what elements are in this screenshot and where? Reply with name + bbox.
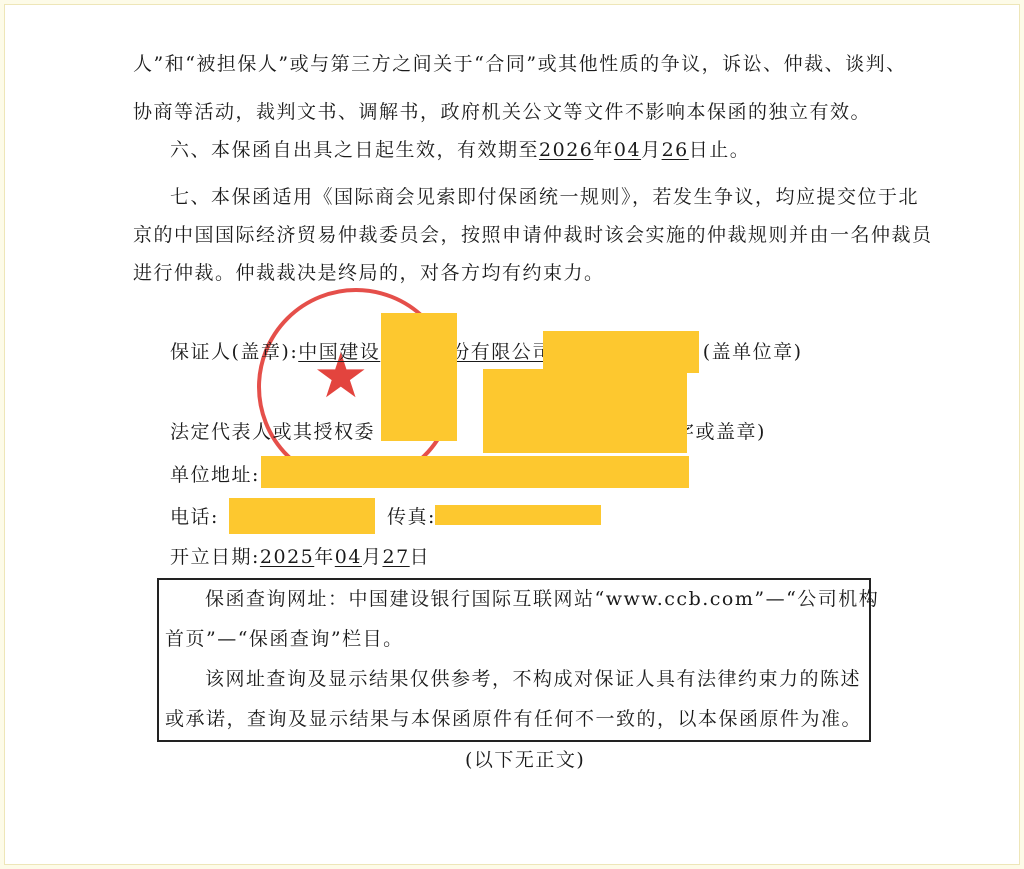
issue-day: 27 (382, 546, 409, 568)
year-unit: 年 (593, 139, 614, 161)
redaction-block (261, 456, 689, 488)
expiry-year: 2026 (539, 139, 593, 161)
month-unit: 月 (362, 546, 383, 568)
issue-date-line: 开立日期:2025年04月27日 (170, 545, 430, 569)
guarantor-name-a: 中国建设 (298, 341, 380, 363)
expiry-day: 26 (662, 139, 689, 161)
year-unit: 年 (314, 546, 335, 568)
redaction-block (543, 331, 699, 373)
issue-year: 2025 (260, 546, 314, 568)
end-of-text: (以下无正文) (465, 748, 585, 772)
para5-line1: 人”和“被担保人”或与第三方之间关于“合同”或其他性质的争议，诉讼、仲裁、谈判、 (133, 52, 907, 76)
para7-line2: 京的中国国际经济贸易仲裁委员会，按照申请仲裁时该会实施的仲裁规则并由一名仲裁员 (133, 223, 933, 247)
para6-suffix: 日止。 (689, 139, 751, 161)
guarantor-name-b: 份有限公司 (450, 341, 553, 363)
document-page: 人”和“被担保人”或与第三方之间关于“合同”或其他性质的争议，诉讼、仲裁、谈判、… (4, 4, 1020, 865)
guarantor-label: 保证人(盖章): (170, 341, 298, 363)
notice-line3: 该网址查询及显示结果仅供参考，不构成对保证人具有法律约束力的陈述 (205, 667, 861, 691)
address-label: 单位地址: (170, 463, 260, 487)
expiry-month: 04 (614, 139, 641, 161)
phone-label: 电话: (170, 505, 219, 529)
redaction-block (435, 505, 601, 525)
redaction-block (381, 313, 457, 441)
notice-line1: 保函查询网址：中国建设银行国际互联网站“www.ccb.com”—“公司机构 (205, 587, 879, 611)
redaction-block (483, 369, 687, 453)
notice-line4: 或承诺，查询及显示结果与本保函原件有任何不一致的，以本保函原件为准。 (165, 707, 862, 731)
guarantor-line: 保证人(盖章):中国建设份有限公司(盖单位章) (170, 340, 803, 364)
issue-date-label: 开立日期: (170, 546, 260, 568)
legal-rep-label: 法定代表人或其授权委 (170, 421, 375, 443)
para7-line1: 七、本保函适用《国际商会见索即付保函统一规则》，若发生争议，均应提交位于北 (170, 185, 919, 209)
issue-month: 04 (335, 546, 362, 568)
fax-label: 传真: (387, 505, 436, 529)
para7-line3: 进行仲裁。仲裁裁决是终局的，对各方均有约束力。 (133, 261, 605, 285)
guarantor-suffix: (盖单位章) (703, 341, 803, 363)
redaction-block (229, 498, 375, 534)
notice-line2: 首页”—“保函查询”栏目。 (165, 627, 404, 651)
day-unit: 日 (410, 546, 431, 568)
para6: 六、本保函自出具之日起生效，有效期至2026年04月26日止。 (170, 138, 750, 162)
legal-rep-suffix: 字或盖章) (675, 421, 766, 443)
para5-line2: 协商等活动，裁判文书、调解书，政府机关公文等文件不影响本保函的独立有效。 (133, 100, 871, 124)
month-unit: 月 (641, 139, 662, 161)
para6-text: 六、本保函自出具之日起生效，有效期至 (170, 139, 539, 161)
